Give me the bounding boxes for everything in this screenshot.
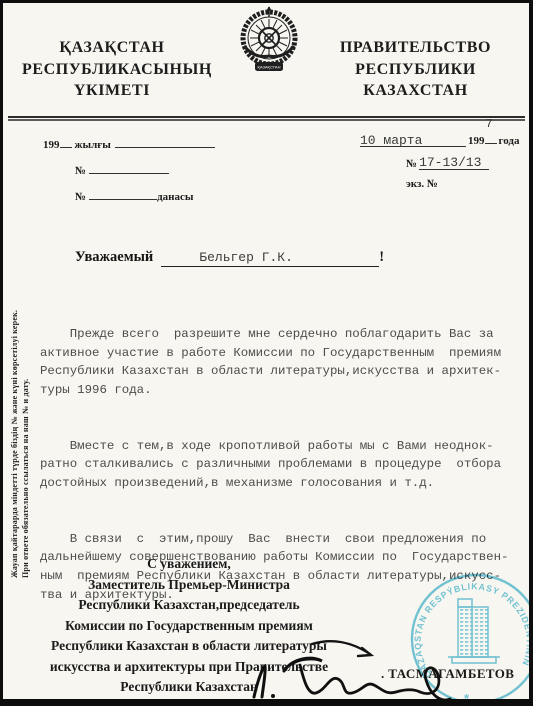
year-suffix-label: года [499, 135, 520, 147]
outgoing-number-label: № [406, 158, 417, 170]
blank-line [60, 134, 72, 148]
reference-fields-filled: 10 марта 199 7 года № 17-13/13 экз. № [360, 130, 519, 199]
scan-border-bottom [0, 699, 533, 706]
blank-line [115, 134, 215, 148]
year-digit-line: 7 [485, 130, 497, 144]
date-typed-value: 10 марта [360, 133, 422, 148]
archive-building-icon [448, 599, 500, 663]
letterhead-title-russian: ПРАВИТЕЛЬСТВО РЕСПУБЛИКИ КАЗАХСТАН [338, 37, 493, 102]
letterhead-divider [8, 116, 525, 121]
salutation-punctuation: ! [379, 249, 384, 266]
kazakhstan-coat-of-arms-icon: ҚАЗАҚСТАН [239, 6, 299, 74]
addressee-typed-line: Бельгер Г.К. [161, 250, 379, 267]
year-prefix-label: 199 [43, 139, 60, 151]
outgoing-number-typed: 17-13/13 [419, 155, 481, 170]
letterhead-title-kazakh: ҚАЗАҚСТАН РЕСПУБЛИКАСЫНЫҢ ҮКІМЕТІ [22, 37, 202, 102]
copies-suffix-label: данасы [157, 191, 193, 203]
number-label: № [75, 165, 86, 177]
outgoing-number-line: 17-13/13 [419, 156, 489, 170]
salutation-line: Уважаемый Бельгер Г.К. ! [75, 249, 384, 267]
scan-border-left [0, 0, 3, 706]
addressee-name: Бельгер Г.К. [199, 250, 293, 265]
date-typed-line: 10 марта [360, 133, 466, 147]
margin-reply-note: Жауап қайтарарда міндетті түрде біздің №… [10, 192, 31, 578]
scan-border-top [0, 0, 533, 3]
year-digit-typed: 7 [486, 117, 493, 131]
salutation-label: Уважаемый [75, 249, 153, 266]
blank-line [89, 160, 169, 174]
scanned-letter-page: ҚАЗАҚСТАН РЕСПУБЛИКАСЫНЫҢ ҮКІМЕТІ ҚА [0, 0, 533, 706]
reference-fields-blank: 199 жылғы № № данасы [43, 134, 215, 212]
copy-number-label: экз. № [406, 178, 438, 190]
year-label: жылғы [75, 139, 111, 151]
paragraph-1: Прежде всего разрешите мне сердечно побл… [40, 325, 516, 399]
copies-number-label: № [75, 191, 86, 203]
year-printed: 199 [468, 135, 485, 147]
archive-stamp: QAZAQSTAN RESPÝBLIKASY PREZIDENTINIŃ ARH… [398, 563, 533, 706]
paragraph-2: Вместе с тем,в ходе кропотливой работы м… [40, 437, 516, 493]
blank-line [89, 186, 157, 200]
scan-border-right [529, 0, 533, 706]
emblem-banner-text: ҚАЗАҚСТАН [258, 65, 281, 70]
